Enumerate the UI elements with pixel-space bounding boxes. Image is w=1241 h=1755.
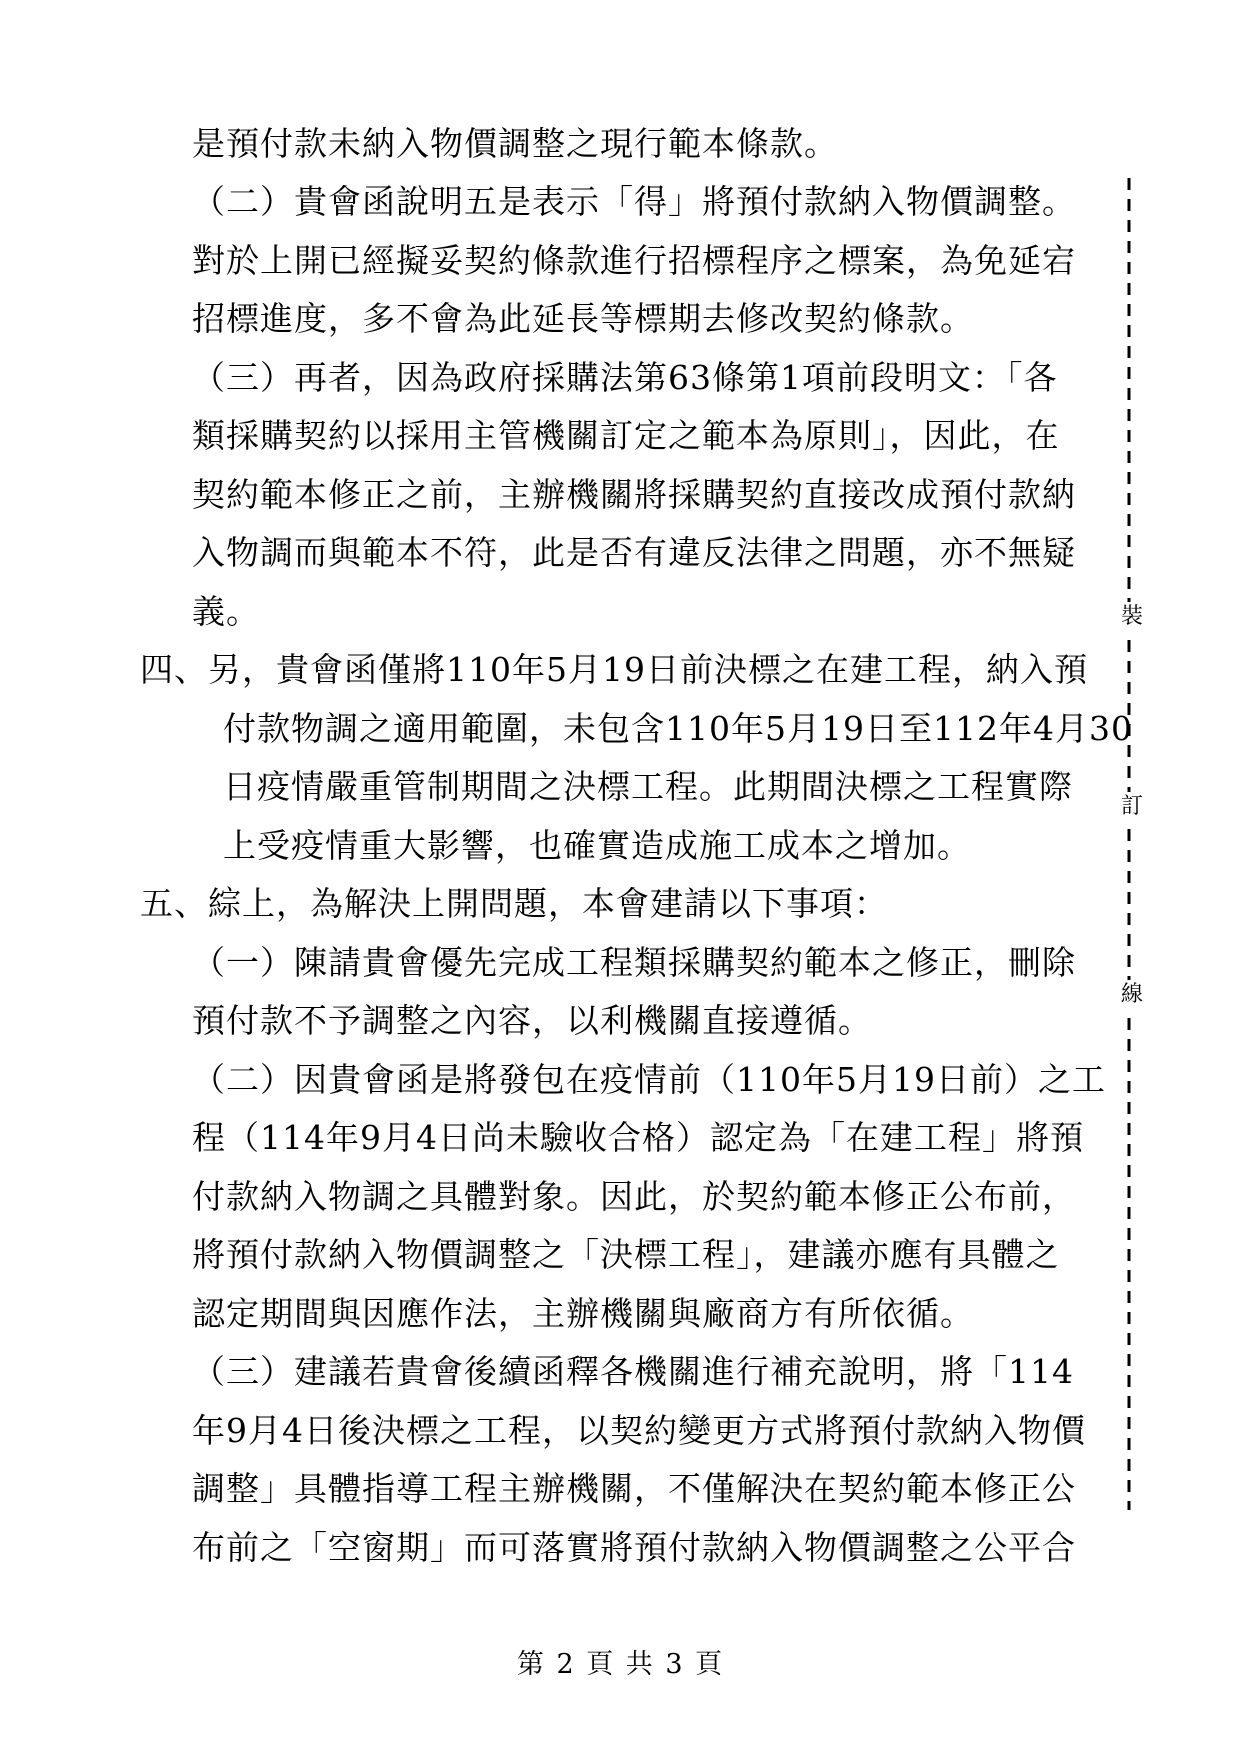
- text-line: 程（114年9月4日尚未驗收合格）認定為「在建工程」將預: [0, 1109, 1241, 1168]
- text-line-subitem-2: （二）貴會函說明五是表示「得」將預付款納入物價調整。: [0, 173, 1241, 232]
- text-line: 日疫情嚴重管制期間之決標工程。此期間決標之工程實際: [0, 758, 1241, 817]
- binding-dashed-line: [1126, 178, 1132, 1510]
- binding-mark-ding: 訂: [1118, 792, 1146, 822]
- document-page: 是預付款未納入物價調整之現行範本條款。 （二）貴會函說明五是表示「得」將預付款納…: [0, 0, 1241, 1755]
- text-line: 契約範本修正之前，主辦機關將採購契約直接改成預付款納: [0, 465, 1241, 524]
- text-line: 類採購契約以採用主管機關訂定之範本為原則」，因此，在: [0, 407, 1241, 466]
- text-line-subitem-3: （三）建議若貴會後續函釋各機關進行補充說明，將「114: [0, 1343, 1241, 1402]
- text-line: 付款納入物調之具體對象。因此，於契約範本修正公布前，: [0, 1167, 1241, 1226]
- text-line: 入物調而與範本不符，此是否有違反法律之問題，亦不無疑: [0, 524, 1241, 583]
- text-line: 招標進度，多不會為此延長等標期去修改契約條款。: [0, 290, 1241, 349]
- text-line: 預付款不予調整之內容，以利機關直接遵循。: [0, 992, 1241, 1051]
- binding-mark-zhuang: 裝: [1118, 602, 1146, 632]
- text-line: 年9月4日後決標之工程，以契約變更方式將預付款納入物價: [0, 1401, 1241, 1460]
- text-line-subitem-3: （三）再者，因為政府採購法第63條第1項前段明文：「各: [0, 348, 1241, 407]
- text-line-item-5: 五、綜上，為解決上開問題，本會建請以下事項：: [0, 875, 1241, 934]
- text-line: 義。: [0, 582, 1241, 641]
- text-line-subitem-2: （二）因貴會函是將發包在疫情前（110年5月19日前）之工: [0, 1050, 1241, 1109]
- text-line: 認定期間與因應作法，主辦機關與廠商方有所依循。: [0, 1284, 1241, 1343]
- text-line-subitem-1: （一）陳請貴會優先完成工程類採購契約範本之修正，刪除: [0, 933, 1241, 992]
- binding-mark-xian: 線: [1118, 980, 1146, 1010]
- text-line: 將預付款納入物價調整之「決標工程」，建議亦應有具體之: [0, 1226, 1241, 1285]
- text-line: 調整」具體指導工程主辦機關，不僅解決在契約範本修正公: [0, 1460, 1241, 1519]
- text-line: 上受疫情重大影響，也確實造成施工成本之增加。: [0, 816, 1241, 875]
- letter-body: 是預付款未納入物價調整之現行範本條款。 （二）貴會函說明五是表示「得」將預付款納…: [0, 114, 1241, 1577]
- text-line: 是預付款未納入物價調整之現行範本條款。: [0, 114, 1241, 173]
- text-line: 付款物調之適用範圍，未包含110年5月19日至112年4月30: [0, 699, 1241, 758]
- text-line-item-4: 四、另，貴會函僅將110年5月19日前決標之在建工程，納入預: [0, 641, 1241, 700]
- text-line: 布前之「空窗期」而可落實將預付款納入物價調整之公平合: [0, 1518, 1241, 1577]
- page-footer: 第 2 頁 共 3 頁: [0, 1642, 1241, 1681]
- text-line: 對於上開已經擬妥契約條款進行招標程序之標案，為免延宕: [0, 231, 1241, 290]
